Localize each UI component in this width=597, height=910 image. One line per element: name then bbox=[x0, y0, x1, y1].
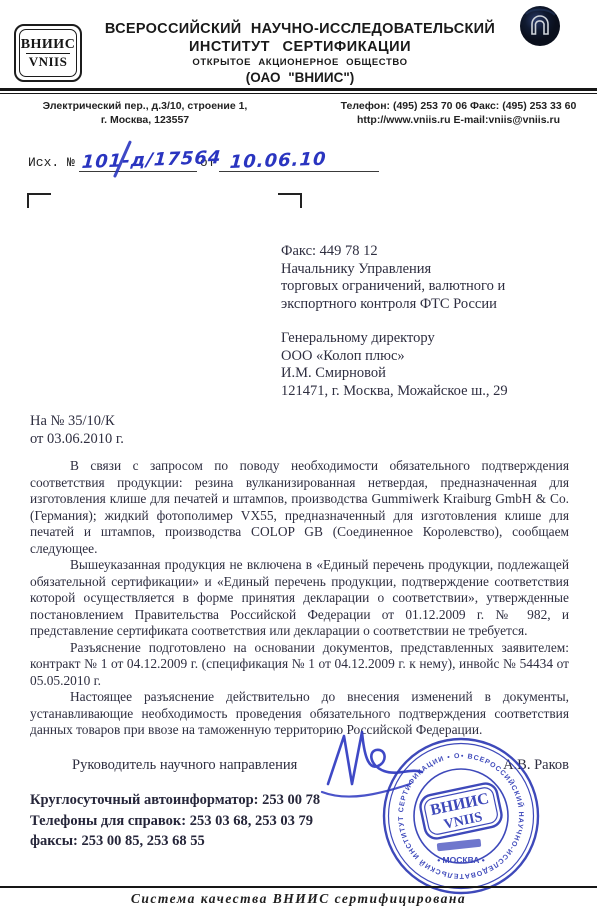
recipient-line5: ООО «Колоп плюс» bbox=[281, 348, 581, 366]
logo-text-ru: ВНИИС bbox=[21, 37, 76, 52]
address-window-corner-right bbox=[278, 193, 302, 208]
reference-date: от 03.06.2010 г. bbox=[30, 431, 124, 449]
org-web-email: http://www.vniis.ru E-mail:vniis@vniis.r… bbox=[320, 113, 597, 127]
stamp-band bbox=[437, 839, 482, 852]
recipient-line6: И.М. Смирновой bbox=[281, 365, 581, 383]
outgoing-date-blank: 10.06.10 bbox=[219, 147, 379, 172]
org-name-line1: ВСЕРОССИЙСКИЙ НАУЧНО-ИССЛЕДОВАТЕЛЬСКИЙ bbox=[100, 20, 500, 38]
quality-system-footer: Система качества ВНИИС сертифицирована bbox=[0, 891, 597, 907]
recipient-line4: Генеральному директору bbox=[281, 330, 581, 348]
header-rule-thick bbox=[0, 88, 597, 91]
paragraph-2: Вышеуказанная продукция не включена в «Е… bbox=[30, 557, 569, 640]
logo-text-en: VNIIS bbox=[29, 55, 68, 69]
org-contacts: Телефон: (495) 253 70 06 Факс: (495) 253… bbox=[320, 99, 597, 127]
round-emblem-icon bbox=[518, 4, 562, 48]
outgoing-number-blank: 101-д/17564 bbox=[79, 147, 197, 172]
letter-page: ВНИИС VNIIS ВСЕРОССИЙСКИЙ НАУЧНО-ИССЛЕДО… bbox=[0, 0, 597, 910]
address-window-corner-left bbox=[27, 193, 51, 208]
footer-rule bbox=[0, 886, 597, 888]
org-address: Электрический пер., д.3/10, строение 1, … bbox=[0, 99, 290, 127]
header-rule-thin bbox=[0, 93, 597, 94]
reference-number: На № 35/10/К bbox=[30, 413, 124, 431]
org-name-line2: ИНСТИТУТ СЕРТИФИКАЦИИ bbox=[100, 38, 500, 56]
paragraph-4: Настоящее разъяснение действительно до в… bbox=[30, 689, 569, 739]
recipient-line3: экспортного контроля ФТС России bbox=[281, 296, 581, 314]
signer-position: Руководитель научного направления bbox=[72, 757, 297, 774]
recipient-fax: Факс: 449 78 12 bbox=[281, 243, 581, 261]
org-address-line1: Электрический пер., д.3/10, строение 1, bbox=[0, 99, 290, 113]
org-address-line2: г. Москва, 123557 bbox=[0, 113, 290, 127]
recipient-gap bbox=[281, 313, 581, 330]
recipient-block: Факс: 449 78 12 Начальнику Управления то… bbox=[281, 243, 581, 400]
letter-body: В связи с запросом по поводу необходимос… bbox=[30, 458, 569, 739]
outgoing-number-line: Исх. № 101-д/17564 от 10.06.10 bbox=[28, 146, 379, 172]
org-short-name: (ОАО "ВНИИС") bbox=[100, 69, 500, 86]
outgoing-label: Исх. № bbox=[28, 155, 75, 172]
stamp-city: • МОСКВА • bbox=[437, 855, 485, 865]
org-type: ОТКРЫТОЕ АКЦИОНЕРНОЕ ОБЩЕСТВО bbox=[100, 57, 500, 69]
paragraph-3: Разъяснение подготовлено на основании до… bbox=[30, 640, 569, 690]
vniis-logo: ВНИИС VNIIS bbox=[14, 24, 82, 82]
vniis-logo-inner: ВНИИС VNIIS bbox=[19, 29, 77, 77]
reference-block: На № 35/10/К от 03.06.2010 г. bbox=[30, 413, 124, 448]
recipient-line1: Начальнику Управления bbox=[281, 261, 581, 279]
org-phone-fax: Телефон: (495) 253 70 06 Факс: (495) 253… bbox=[320, 99, 597, 113]
recipient-line7: 121471, г. Москва, Можайское ш., 29 bbox=[281, 383, 581, 401]
recipient-line2: торговых ограничений, валютного и bbox=[281, 278, 581, 296]
handwritten-outgoing-date: 10.06.10 bbox=[229, 149, 327, 173]
round-stamp: • ВСЕРОССИЙСКИЙ НАУЧНО-ИССЛЕДОВАТЕЛЬСКИЙ… bbox=[380, 735, 542, 897]
letterhead-title: ВСЕРОССИЙСКИЙ НАУЧНО-ИССЛЕДОВАТЕЛЬСКИЙ И… bbox=[100, 20, 500, 86]
paragraph-1: В связи с запросом по поводу необходимос… bbox=[30, 458, 569, 557]
